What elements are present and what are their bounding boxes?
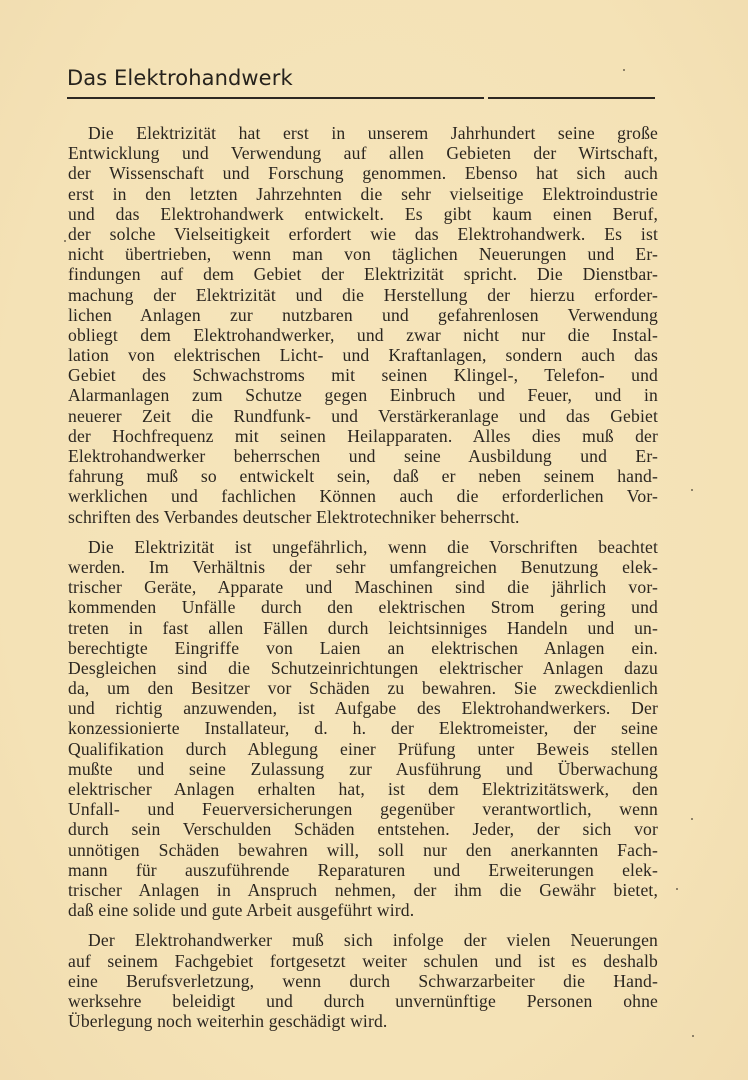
text-line: neuerer Zeit die Rundfunk- und Verstärke… [68, 406, 658, 426]
paper-speck [64, 240, 66, 242]
text-line: trischer Geräte, Apparate und Maschinen … [68, 577, 658, 597]
scanned-page: Das Elektrohandwerk Die Elektrizität hat… [0, 0, 748, 1080]
text-line: berechtigte Eingriffe von Laien an elekt… [68, 638, 658, 658]
text-line: auf seinem Fachgebiet fortgesetzt weiter… [68, 951, 658, 971]
text-line: konzessionierte Installateur, d. h. der … [68, 718, 658, 738]
paper-speck [691, 818, 693, 820]
text-line: Qualifikation durch Ablegung einer Prüfu… [68, 739, 658, 759]
text-line: werden. Im Verhältnis der sehr umfangrei… [68, 557, 658, 577]
text-line: Unfall- und Feuerversicherungen gegenübe… [68, 799, 658, 819]
text-line: durch sein Verschulden Schäden entstehen… [68, 819, 658, 839]
title-underline-left [67, 97, 484, 99]
text-line: Gebiet des Schwachstroms mit seinen Klin… [68, 365, 658, 385]
text-line: treten in fast allen Fällen durch leicht… [68, 618, 658, 638]
text-line: Die Elektrizität ist ungefährlich, wenn … [68, 537, 658, 557]
text-line: machung der Elektrizität und die Herstel… [68, 285, 658, 305]
paragraph-3: Der Elektrohandwerker muß sich infolge d… [68, 930, 658, 1031]
text-line: Elektrohandwerker beherrschen und seine … [68, 446, 658, 466]
text-line: Überlegung noch weiterhin geschädigt wir… [68, 1011, 658, 1031]
text-line: Der Elektrohandwerker muß sich infolge d… [68, 930, 658, 950]
text-line: Desgleichen sind die Schutzeinrichtungen… [68, 658, 658, 678]
text-line: erst in den letzten Jahrzehnten die sehr… [68, 184, 658, 204]
paper-speck [691, 489, 693, 491]
text-line: Die Elektrizität hat erst in unserem Jah… [68, 123, 658, 143]
text-line: obliegt dem Elektrohandwerker, und zwar … [68, 325, 658, 345]
paragraph-1: Die Elektrizität hat erst in unserem Jah… [68, 123, 658, 527]
text-line: daß eine solide und gute Arbeit ausgefüh… [68, 900, 658, 920]
text-line: lichen Anlagen zur nutzbaren und gefahre… [68, 305, 658, 325]
paper-speck [623, 69, 625, 71]
paragraph-2: Die Elektrizität ist ungefährlich, wenn … [68, 537, 658, 921]
text-line: mußte und seine Zulassung zur Ausführung… [68, 759, 658, 779]
text-line: schriften des Verbandes deutscher Elektr… [68, 507, 658, 527]
text-line: Entwicklung und Verwendung auf allen Geb… [68, 143, 658, 163]
text-line: lation von elektrischen Licht- und Kraft… [68, 345, 658, 365]
text-line: mann für auszuführende Reparaturen und E… [68, 860, 658, 880]
page-header: Das Elektrohandwerk [67, 64, 655, 92]
text-line: und richtig anzuwenden, ist Aufgabe des … [68, 698, 658, 718]
text-line: kommenden Unfälle durch den elektrischen… [68, 597, 658, 617]
text-line: findungen auf dem Gebiet der Elektrizitä… [68, 264, 658, 284]
text-line: eine Berufsverletzung, wenn durch Schwar… [68, 971, 658, 991]
text-line: fahrung muß so entwickelt sein, daß er n… [68, 466, 658, 486]
article-body: Die Elektrizität hat erst in unserem Jah… [68, 123, 658, 1041]
text-line: nicht übertrieben, wenn man von tägliche… [68, 244, 658, 264]
text-line: Alarmanlagen zum Schutze gegen Einbruch … [68, 385, 658, 405]
text-line: trischer Anlagen in Anspruch nehmen, der… [68, 880, 658, 900]
text-line: unnötigen Schäden bewahren will, soll nu… [68, 840, 658, 860]
text-line: der Hochfrequenz mit seinen Heilapparate… [68, 426, 658, 446]
paper-speck [676, 888, 678, 890]
title-underline-right [488, 97, 655, 99]
text-line: werksehre beleidigt und durch unvernünft… [68, 991, 658, 1011]
paper-speck [692, 1035, 694, 1037]
text-line: werklichen und fachlichen Können auch di… [68, 486, 658, 506]
text-line: elektrischer Anlagen erhalten hat, ist d… [68, 779, 658, 799]
text-line: und das Elektrohandwerk entwickelt. Es g… [68, 204, 658, 224]
text-line: der solche Vielseitigkeit erfordert wie … [68, 224, 658, 244]
text-line: da, um den Besitzer vor Schäden zu bewah… [68, 678, 658, 698]
text-line: der Wissenschaft und Forschung genommen.… [68, 163, 658, 183]
page-title: Das Elektrohandwerk [67, 64, 655, 92]
